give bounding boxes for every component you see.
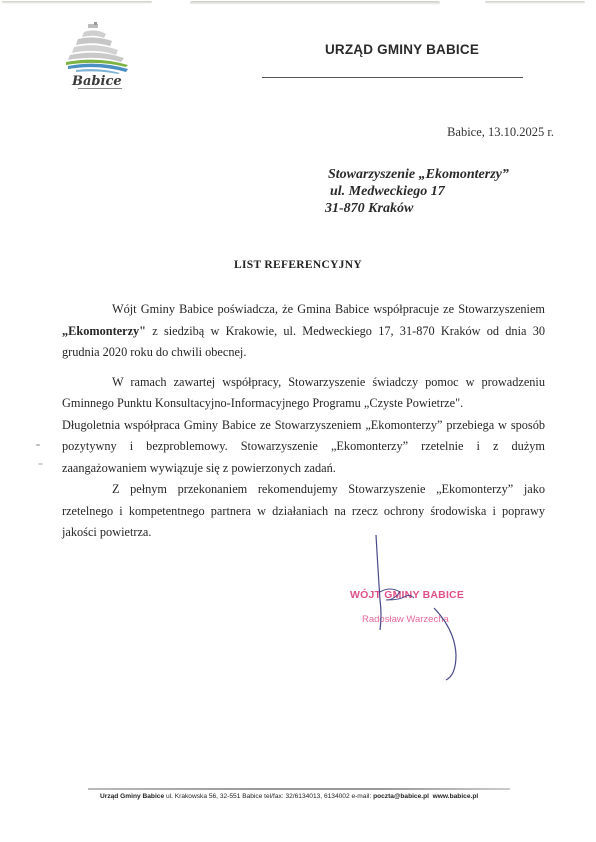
handwritten-signature (330, 530, 490, 700)
recipient-city: 31-870 Kraków (325, 200, 509, 217)
recipient-address: Stowarzyszenie „Ekomonterzy” ul. Medweck… (328, 166, 509, 217)
scan-artifact (485, 1, 585, 4)
paragraph-1: Wójt Gminy Babice poświadcza, że Gmina B… (62, 299, 545, 364)
organization-emphasis: „Ekomonterzy" (62, 324, 146, 338)
signature-block: WÓJT GMINY BABICE Radosław Warzecha (330, 530, 490, 700)
footer-contact: Urząd Gminy Babice ul. Krakowska 56, 32-… (100, 793, 520, 800)
paragraph-2: W ramach zawartej współpracy, Stowarzysz… (62, 372, 545, 415)
footer-address: ul. Krakowska 56, 32-551 Babice tel/fax:… (164, 793, 373, 800)
letter-title: LIST REFERENCYJNY (0, 259, 596, 271)
babice-logo: Babice (58, 22, 138, 92)
scan-speck (38, 463, 43, 465)
scan-artifact (2, 1, 152, 4)
header-divider (262, 77, 523, 78)
footer-divider (88, 788, 510, 790)
paragraph-3: Długoletnia współpraca Gminy Babice ze S… (62, 415, 545, 480)
scan-artifact (190, 1, 440, 5)
letter-body: Wójt Gminy Babice poświadcza, że Gmina B… (62, 299, 545, 544)
organization-name: URZĄD GMINY BABICE (262, 42, 532, 57)
svg-text:Babice: Babice (71, 74, 122, 89)
footer-website[interactable]: www.babice.pl (433, 793, 479, 800)
scan-speck (36, 444, 40, 446)
recipient-street: ul. Medweckiego 17 (328, 183, 509, 200)
footer-email[interactable]: poczta@babice.pl (373, 793, 429, 800)
recipient-name: Stowarzyszenie „Ekomonterzy” (328, 166, 509, 183)
footer-org: Urząd Gminy Babice (100, 793, 164, 800)
place-date: Babice, 13.10.2025 r. (447, 125, 554, 140)
